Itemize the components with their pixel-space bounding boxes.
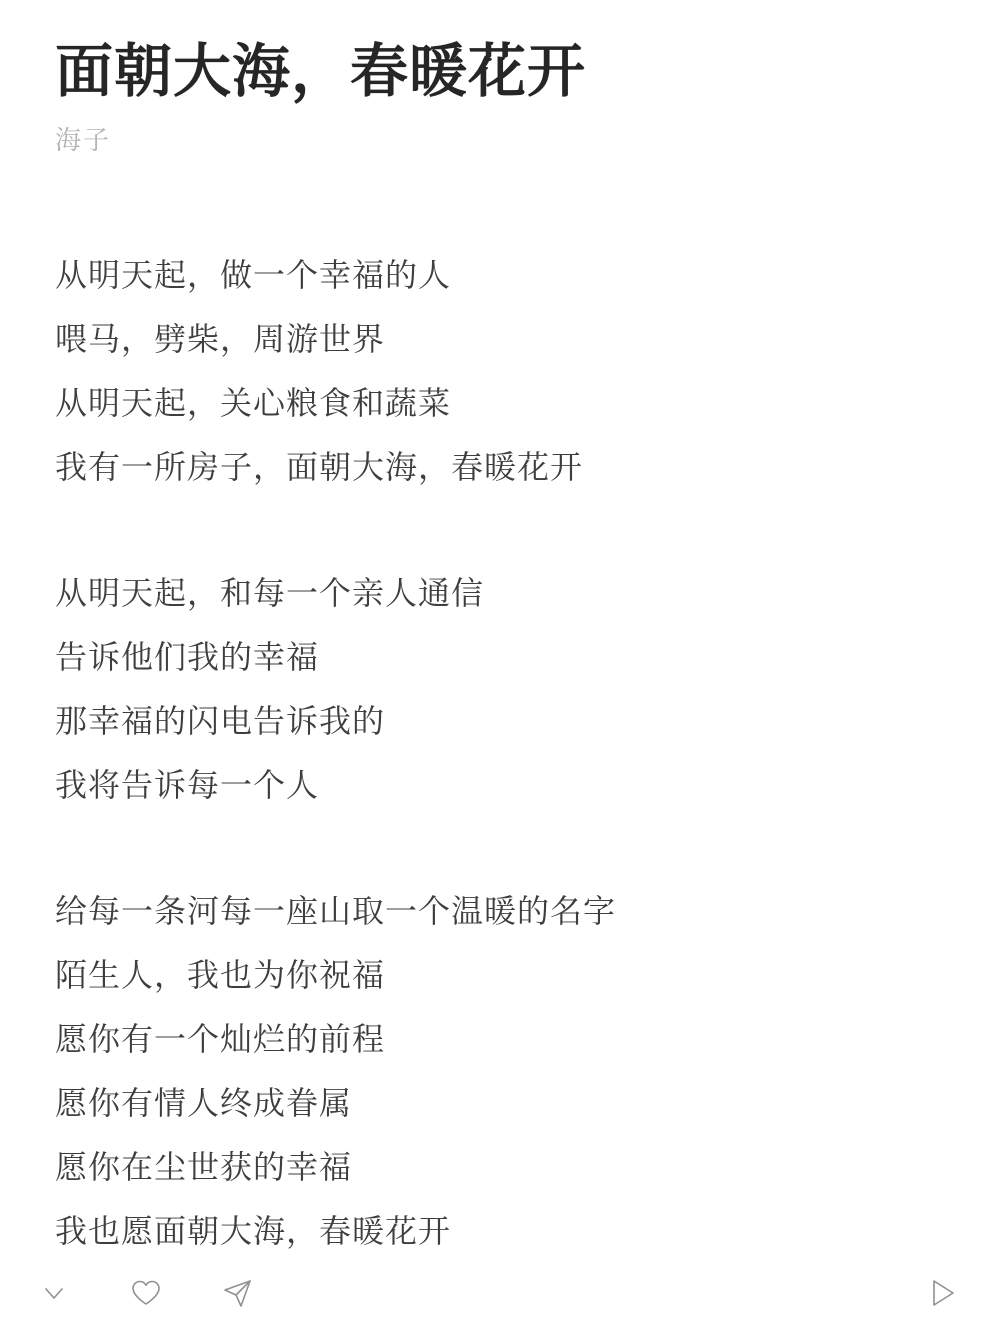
- poem-line: 那幸福的闪电告诉我的: [55, 689, 940, 753]
- bottom-toolbar: [0, 1261, 1000, 1333]
- poem-title: 面朝大海，春暖花开: [55, 40, 940, 104]
- poem-line: 愿你有一个灿烂的前程: [55, 1007, 940, 1071]
- poem-line: 我将告诉每一个人: [55, 753, 940, 817]
- share-button[interactable]: [220, 1275, 256, 1311]
- poem-line: 我有一所房子，面朝大海，春暖花开: [55, 435, 940, 499]
- like-button[interactable]: [128, 1275, 164, 1311]
- poem-line: 喂马，劈柴，周游世界: [55, 307, 940, 371]
- poem-content: 面朝大海，春暖花开 海子 从明天起，做一个幸福的人喂马，劈柴，周游世界从明天起，…: [0, 0, 1000, 1263]
- collapse-button[interactable]: [36, 1275, 72, 1311]
- poem-line: 陌生人，我也为你祝福: [55, 943, 940, 1007]
- poem-stanza: 给每一条河每一座山取一个温暖的名字陌生人，我也为你祝福愿你有一个灿烂的前程愿你有…: [55, 879, 940, 1263]
- poem-line: 从明天起，和每一个亲人通信: [55, 561, 940, 625]
- chevron-down-icon: [38, 1277, 70, 1309]
- poem-line: 给每一条河每一座山取一个温暖的名字: [55, 879, 940, 943]
- poem-stanza: 从明天起，做一个幸福的人喂马，劈柴，周游世界从明天起，关心粮食和蔬菜我有一所房子…: [55, 243, 940, 499]
- send-icon: [221, 1276, 255, 1310]
- poem-page: 面朝大海，春暖花开 海子 从明天起，做一个幸福的人喂马，劈柴，周游世界从明天起，…: [0, 0, 1000, 1333]
- poem-stanza: 从明天起，和每一个亲人通信告诉他们我的幸福那幸福的闪电告诉我的我将告诉每一个人: [55, 561, 940, 817]
- poem-line: 我也愿面朝大海，春暖花开: [55, 1199, 940, 1263]
- poem-line: 愿你在尘世获的幸福: [55, 1135, 940, 1199]
- poem-author: 海子: [55, 120, 940, 157]
- poem-line: 告诉他们我的幸福: [55, 625, 940, 689]
- poem-line: 从明天起，做一个幸福的人: [55, 243, 940, 307]
- heart-icon: [129, 1277, 163, 1309]
- toolbar-right-group: [924, 1275, 960, 1311]
- poem-line: 愿你有情人终成眷属: [55, 1071, 940, 1135]
- poem-body: 从明天起，做一个幸福的人喂马，劈柴，周游世界从明天起，关心粮食和蔬菜我有一所房子…: [55, 243, 940, 1263]
- toolbar-left-group: [36, 1275, 256, 1311]
- poem-line: 从明天起，关心粮食和蔬菜: [55, 371, 940, 435]
- play-icon: [926, 1276, 958, 1310]
- play-button[interactable]: [924, 1275, 960, 1311]
